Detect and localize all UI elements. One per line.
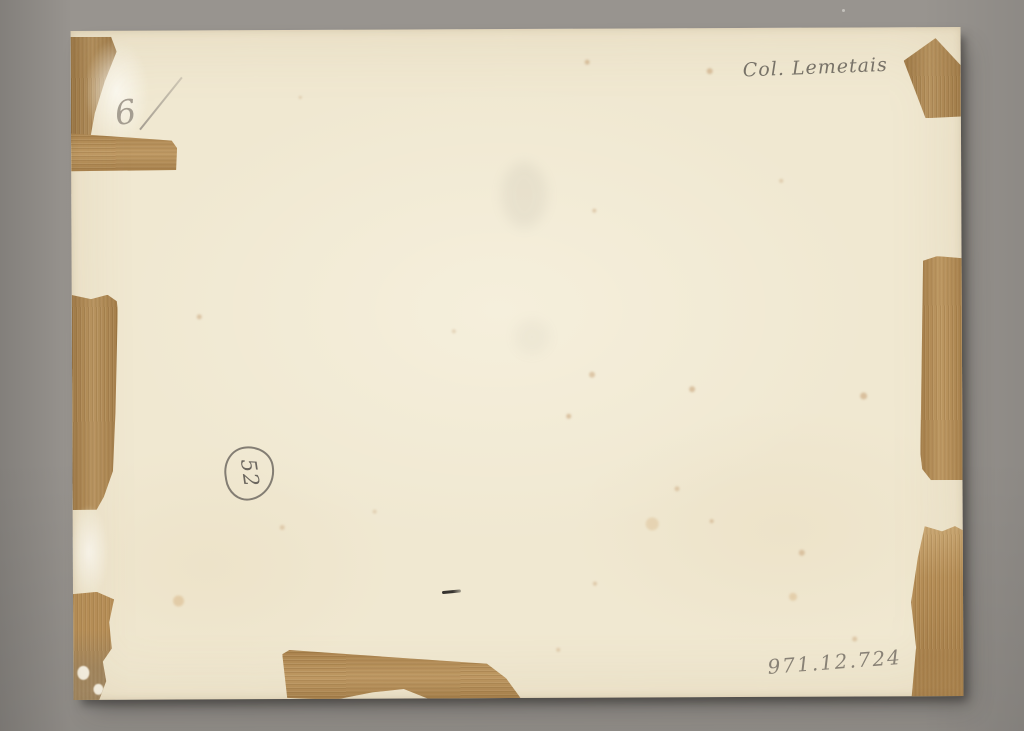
foxing-stain — [585, 60, 590, 65]
foxing-stain — [710, 519, 714, 523]
paper-verso: 6 Col. Lemetais 52 971.12.724 — [71, 27, 964, 700]
graphite-smudge — [514, 319, 550, 355]
foxing-stain — [675, 486, 680, 491]
foxing-stain — [589, 372, 595, 378]
circled-number-text: 52 — [236, 457, 264, 489]
tape-tear-hole — [93, 684, 103, 695]
tape-right-lower — [911, 526, 964, 699]
foxing-stain — [799, 550, 805, 556]
tape-right-upper — [920, 256, 964, 480]
foxing-stain — [860, 392, 867, 399]
foxing-stain — [556, 648, 560, 652]
foxing-stain — [789, 593, 797, 601]
foxing-stain — [452, 329, 456, 333]
ink-dash-mark — [442, 589, 461, 594]
foxing-stain — [707, 68, 713, 74]
foxing-stain — [566, 414, 571, 419]
foxing-stain — [593, 582, 597, 586]
tape-tear-hole — [77, 666, 89, 680]
foxing-stain — [373, 510, 377, 514]
foxing-stain — [689, 386, 695, 392]
tape-bottom-strip — [282, 648, 520, 700]
tape-bottom-left — [73, 592, 114, 700]
circled-inventory-number: 52 — [221, 443, 278, 504]
foxing-stain — [197, 314, 202, 319]
foxing-stain — [173, 595, 184, 606]
foxing-stain — [852, 637, 857, 642]
foxing-stain — [280, 525, 285, 530]
foxing-stain — [646, 517, 659, 530]
photo-backdrop: 6 Col. Lemetais 52 971.12.724 — [0, 0, 1024, 731]
foxing-stain — [592, 209, 596, 213]
stain-layer — [71, 27, 961, 31]
tape-top-right-corner — [904, 38, 961, 118]
tape-left-middle — [72, 295, 119, 510]
foxing-stain — [779, 179, 783, 183]
graphite-smudge — [501, 162, 547, 228]
dust-speck — [842, 9, 845, 12]
foxing-stain — [299, 96, 302, 99]
paper-damage-patch-left — [71, 505, 109, 599]
